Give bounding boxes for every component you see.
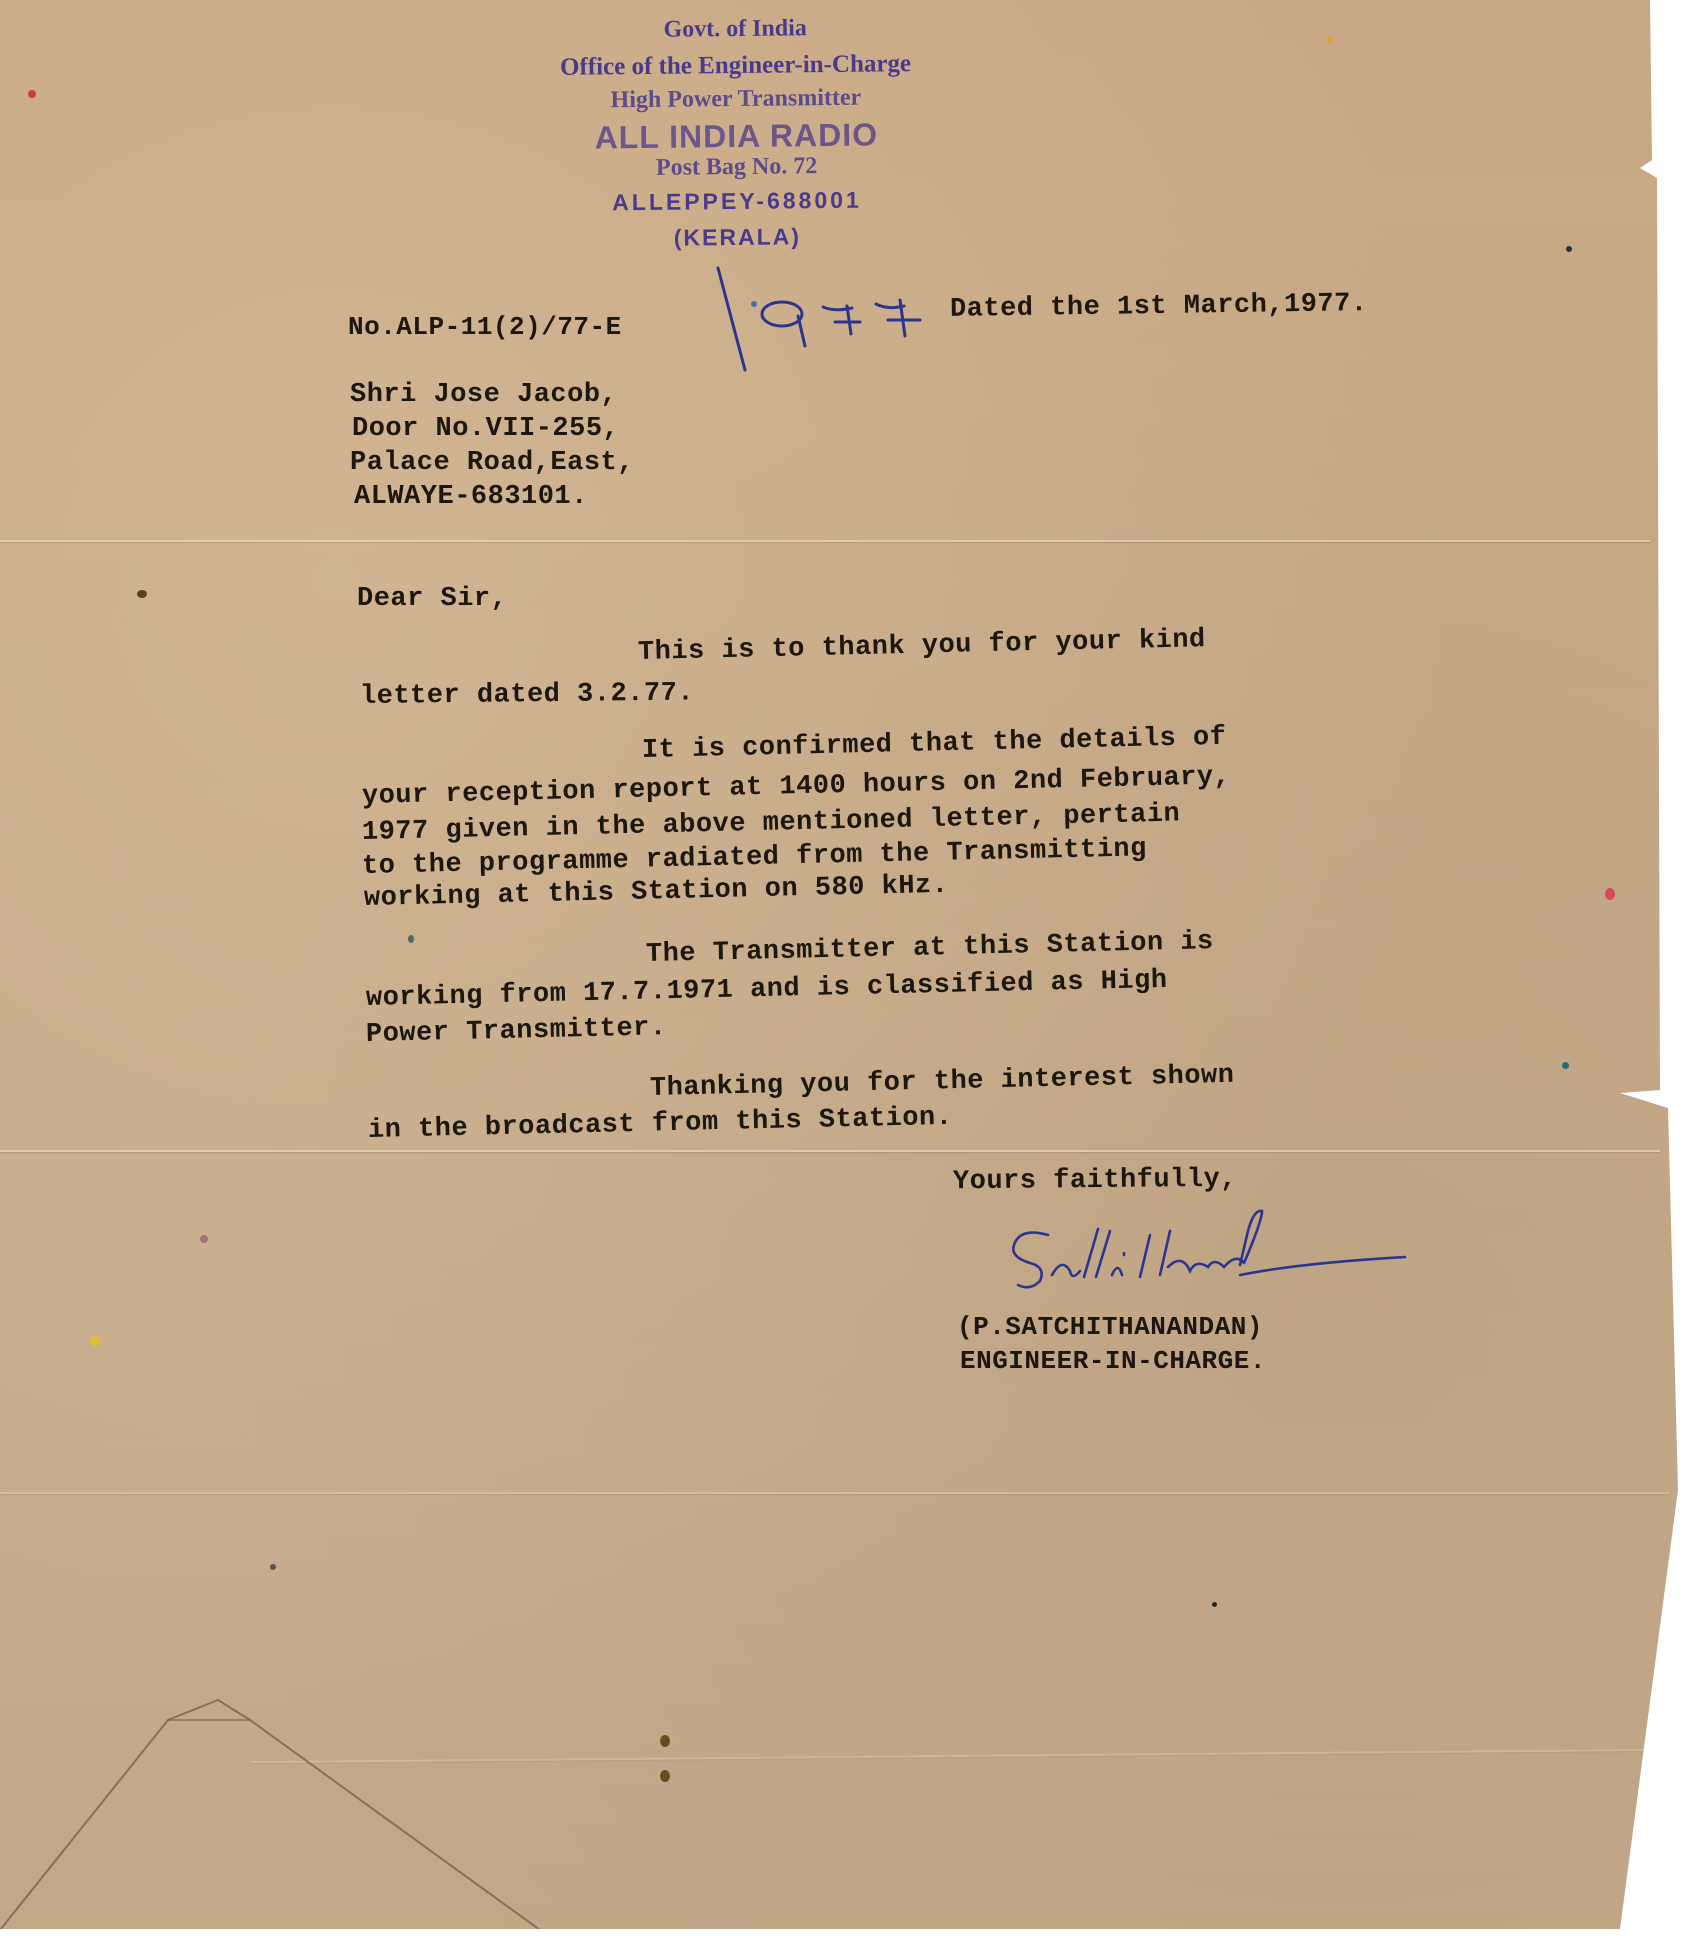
corner-fold-outline — [0, 1680, 600, 1930]
paper-speck — [28, 90, 36, 98]
paper-speck — [200, 1235, 208, 1243]
stamp-govt-line: Govt. of India — [435, 13, 1035, 46]
body-line: letter dated 3.2.77. — [360, 679, 694, 712]
address-line: Door No.VII-255, — [352, 414, 619, 444]
stamp-office-line: Office of the Engineer-in-Charge — [435, 49, 1035, 83]
body-line: This is to thank you for your kind — [638, 625, 1206, 668]
paper-speck — [660, 1735, 670, 1747]
paper-speck — [408, 935, 414, 943]
body-line: It is confirmed that the details of — [642, 723, 1227, 766]
body-line: Power Transmitter. — [366, 1013, 667, 1050]
paper-speck — [1562, 1062, 1569, 1069]
paper-speck — [1212, 1602, 1217, 1607]
handwritten-year-annotation — [710, 262, 930, 382]
fold-crease — [0, 540, 1650, 542]
signature — [1000, 1205, 1420, 1315]
paper-speck — [1605, 888, 1615, 900]
salutation: Dear Sir, — [357, 584, 507, 614]
letter-paper: Govt. of India Office of the Engineer-in… — [0, 0, 1678, 1929]
signatory-title: ENGINEER-IN-CHARGE. — [960, 1346, 1266, 1376]
stamp-postbag-line: Post Bag No. 72 — [437, 151, 1037, 184]
paper-speck — [270, 1564, 276, 1570]
paper-speck — [1566, 246, 1572, 252]
stamp-city-line: ALLEPPEY-688001 — [437, 185, 1037, 218]
letter-date: Dated the 1st March,1977. — [950, 289, 1368, 325]
body-line: Thanking you for the interest shown — [650, 1061, 1235, 1104]
address-line: Palace Road,East, — [350, 448, 634, 478]
paper-speck — [660, 1770, 670, 1782]
stamp-transmitter-line: High Power Transmitter — [436, 83, 1036, 116]
reference-number: No.ALP-11(2)/77-E — [348, 312, 622, 342]
fold-crease — [0, 1150, 1660, 1152]
stamp-state-line: (KERALA) — [437, 221, 1037, 254]
address-line: ALWAYE-683101. — [354, 482, 588, 512]
body-line: in the broadcast from this Station. — [368, 1103, 953, 1146]
paper-speck — [137, 590, 147, 598]
body-line: The Transmitter at this Station is — [646, 927, 1214, 970]
valediction: Yours faithfully, — [953, 1165, 1237, 1197]
paper-speck — [1325, 37, 1334, 43]
signatory-name: (P.SATCHITHANANDAN) — [957, 1312, 1263, 1342]
paper-speck — [90, 1336, 100, 1346]
body-line: working from 17.7.1971 and is classified… — [366, 966, 1168, 1014]
letterhead-stamp: Govt. of India Office of the Engineer-in… — [435, 9, 1035, 15]
fold-crease — [0, 1492, 1670, 1494]
address-line: Shri Jose Jacob, — [350, 380, 617, 410]
